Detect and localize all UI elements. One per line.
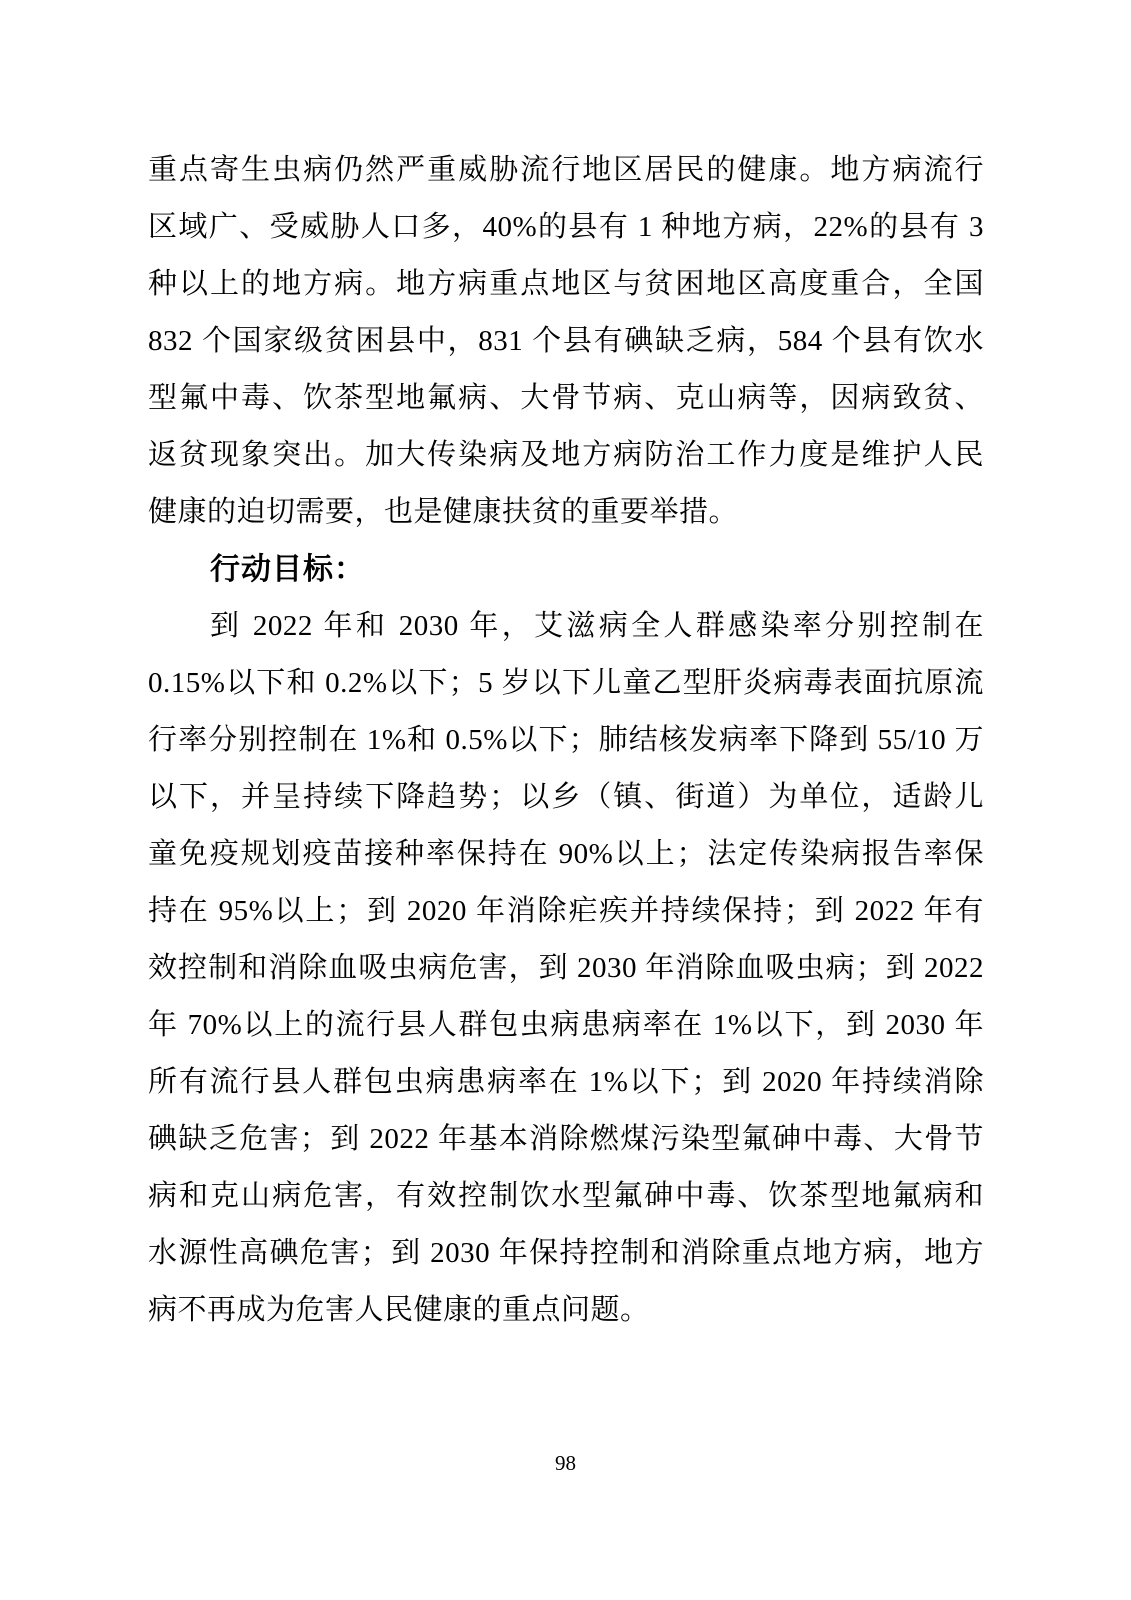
paragraph-line: 所有流行县人群包虫病患病率在 1%以下；到 2020 年持续消除 — [148, 1054, 984, 1111]
section-heading-action-goals: 行动目标： — [148, 541, 984, 598]
paragraph-line: 种以上的地方病。地方病重点地区与贫困地区高度重合，全国 — [148, 256, 984, 313]
paragraph-line: 碘缺乏危害；到 2022 年基本消除燃煤污染型氟砷中毒、大骨节 — [148, 1111, 984, 1168]
paragraph-line: 到 2022 年和 2030 年，艾滋病全人群感染率分别控制在 — [148, 598, 984, 655]
text-block: 重点寄生虫病仍然严重威胁流行地区居民的健康。地方病流行 区域广、受威胁人口多，4… — [148, 142, 984, 1339]
page-number: 98 — [0, 1448, 1131, 1478]
paragraph-line: 区域广、受威胁人口多，40%的县有 1 种地方病，22%的县有 3 — [148, 199, 984, 256]
paragraph-line: 返贫现象突出。加大传染病及地方病防治工作力度是维护人民 — [148, 427, 984, 484]
paragraph-line: 0.15%以下和 0.2%以下；5 岁以下儿童乙型肝炎病毒表面抗原流 — [148, 655, 984, 712]
paragraph-line: 健康的迫切需要，也是健康扶贫的重要举措。 — [148, 484, 984, 541]
paragraph-line: 型氟中毒、饮茶型地氟病、大骨节病、克山病等，因病致贫、 — [148, 370, 984, 427]
paragraph-continuation: 重点寄生虫病仍然严重威胁流行地区居民的健康。地方病流行 区域广、受威胁人口多，4… — [148, 142, 984, 541]
paragraph-line: 重点寄生虫病仍然严重威胁流行地区居民的健康。地方病流行 — [148, 142, 984, 199]
paragraph-line: 以下，并呈持续下降趋势；以乡（镇、街道）为单位，适龄儿 — [148, 769, 984, 826]
paragraph-line: 童免疫规划疫苗接种率保持在 90%以上；法定传染病报告率保 — [148, 826, 984, 883]
paragraph-line: 病和克山病危害，有效控制饮水型氟砷中毒、饮茶型地氟病和 — [148, 1168, 984, 1225]
paragraph-action-goals: 到 2022 年和 2030 年，艾滋病全人群感染率分别控制在 0.15%以下和… — [148, 598, 984, 1339]
paragraph-line: 病不再成为危害人民健康的重点问题。 — [148, 1282, 984, 1339]
paragraph-line: 水源性高碘危害；到 2030 年保持控制和消除重点地方病，地方 — [148, 1225, 984, 1282]
paragraph-line: 持在 95%以上；到 2020 年消除疟疾并持续保持；到 2022 年有 — [148, 883, 984, 940]
document-page: 重点寄生虫病仍然严重威胁流行地区居民的健康。地方病流行 区域广、受威胁人口多，4… — [0, 0, 1131, 1600]
paragraph-line: 行率分别控制在 1%和 0.5%以下；肺结核发病率下降到 55/10 万 — [148, 712, 984, 769]
paragraph-line: 效控制和消除血吸虫病危害，到 2030 年消除血吸虫病；到 2022 — [148, 940, 984, 997]
paragraph-line: 年 70%以上的流行县人群包虫病患病率在 1%以下，到 2030 年 — [148, 997, 984, 1054]
paragraph-line: 832 个国家级贫困县中，831 个县有碘缺乏病，584 个县有饮水 — [148, 313, 984, 370]
